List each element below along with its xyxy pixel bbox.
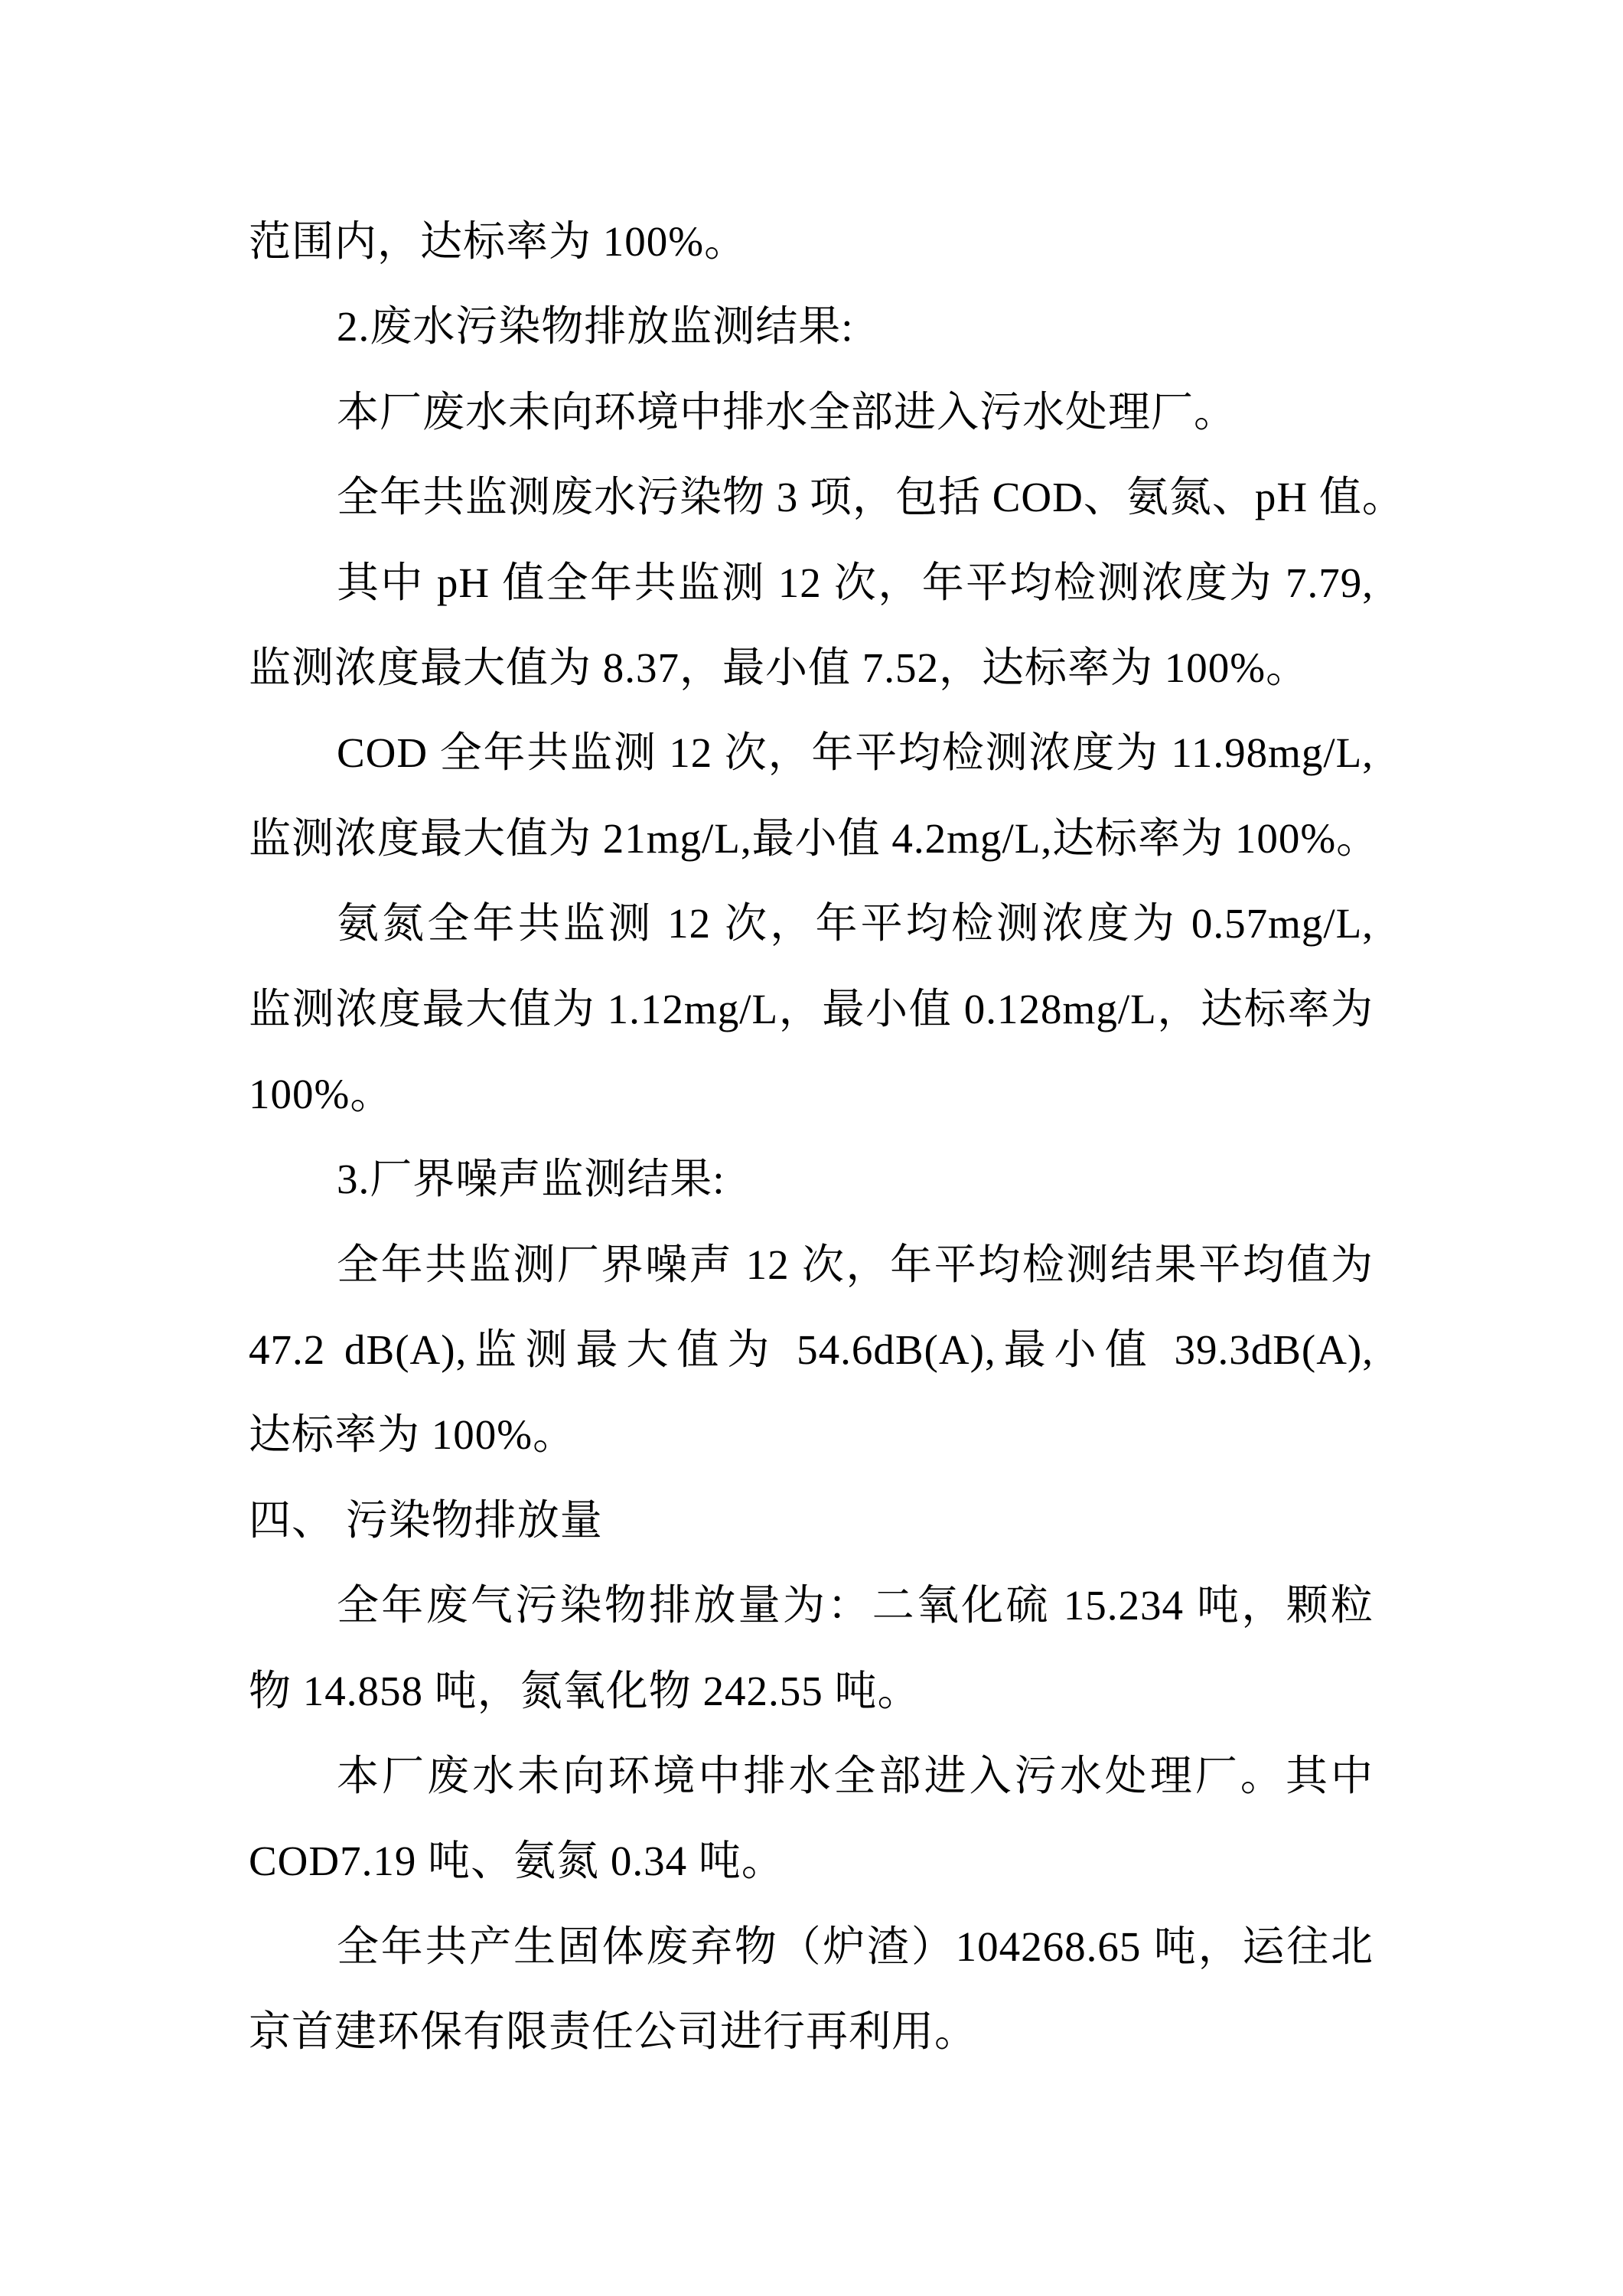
document-body: 范围内，达标率为 100%。2.废水污染物排放监测结果:本厂废水未向环境中排水全… bbox=[249, 199, 1374, 2075]
text-line: COD7.19 吨、氨氮 0.34 吨。 bbox=[249, 1818, 1374, 1903]
text-line: 达标率为 100%。 bbox=[249, 1392, 1374, 1477]
text-line: 本厂废水未向环境中排水全部进入污水处理厂。其中 bbox=[249, 1733, 1374, 1818]
text-line: 监测浓度最大值为 21mg/L,最小值 4.2mg/L,达标率为 100%。 bbox=[249, 796, 1374, 881]
text-line: 3.厂界噪声监测结果: bbox=[249, 1137, 1374, 1221]
text-line: 京首建环保有限责任公司进行再利用。 bbox=[249, 1989, 1374, 2074]
text-line: 监测浓度最大值为 1.12mg/L，最小值 0.128mg/L，达标率为 bbox=[249, 967, 1374, 1052]
text-line: 全年废气污染物排放量为：二氧化硫 15.234 吨，颗粒 bbox=[249, 1563, 1374, 1648]
text-line: 全年共监测废水污染物 3 项，包括 COD、氨氮、pH 值。 bbox=[249, 455, 1374, 540]
text-line: 2.废水污染物排放监测结果: bbox=[249, 284, 1374, 369]
text-line: 其中 pH 值全年共监测 12 次，年平均检测浓度为 7.79, bbox=[249, 540, 1374, 625]
text-line: 全年共产生固体废弃物（炉渣）104268.65 吨，运往北 bbox=[249, 1904, 1374, 1989]
text-line: COD 全年共监测 12 次，年平均检测浓度为 11.98mg/L, bbox=[249, 710, 1374, 795]
text-line: 本厂废水未向环境中排水全部进入污水处理厂。 bbox=[249, 370, 1374, 455]
text-line: 范围内，达标率为 100%。 bbox=[249, 199, 1374, 284]
text-line: 四、 污染物排放量 bbox=[249, 1478, 1374, 1563]
text-line: 氨氮全年共监测 12 次，年平均检测浓度为 0.57mg/L, bbox=[249, 881, 1374, 966]
text-line: 物 14.858 吨，氮氧化物 242.55 吨。 bbox=[249, 1649, 1374, 1733]
text-line: 47.2 dB(A),监测最大值为 54.6dB(A),最小值 39.3dB(A… bbox=[249, 1307, 1374, 1392]
text-line: 全年共监测厂界噪声 12 次，年平均检测结果平均值为 bbox=[249, 1222, 1374, 1307]
text-line: 100%。 bbox=[249, 1052, 1374, 1137]
text-line: 监测浓度最大值为 8.37，最小值 7.52，达标率为 100%。 bbox=[249, 625, 1374, 710]
document-page: 范围内，达标率为 100%。2.废水污染物排放监测结果:本厂废水未向环境中排水全… bbox=[0, 0, 1623, 2296]
